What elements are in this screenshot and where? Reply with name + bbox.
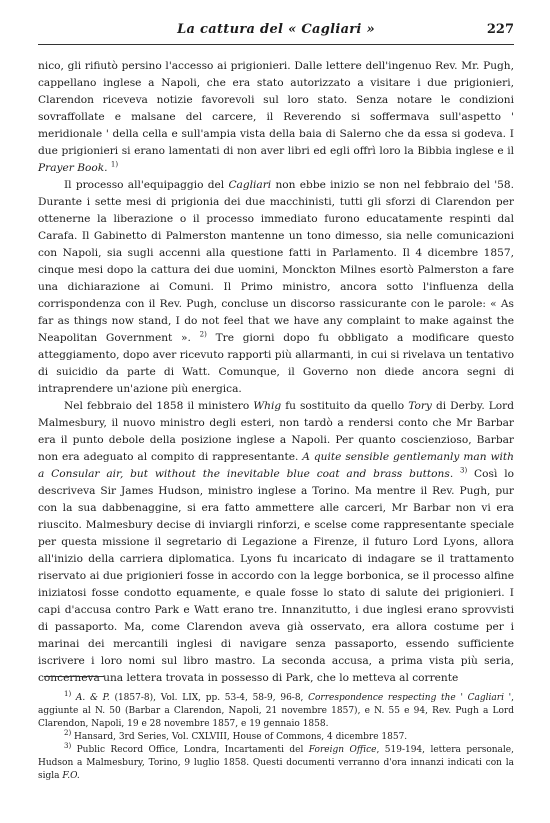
footnote: 2) Hansard, 3rd Series, Vol. CXLVIII, Ho… [38,731,514,744]
italic-text: Cagliari [228,179,271,191]
italic-text: Foreign Office [309,745,377,755]
italic-text: Prayer Book. [38,162,108,174]
text-run: non ebbe inizio se non nel febbraio del … [38,179,514,344]
footnotes: 1) A. & P. (1857-8), Vol. LIX, pp. 53-4,… [38,692,514,783]
paragraph: nico, gli rifiutò persino l'accesso ai p… [38,58,514,177]
footnote-ref: 2) [200,330,207,338]
text-run: Nel febbraio del 1858 il ministero [64,400,253,412]
text-run: Hansard, 3rd Series, Vol. CXLVIII, House… [71,732,407,742]
italic-text: Tory [408,400,432,412]
text-run: Public Record Office, Londra, Incartamen… [71,745,309,755]
italic-text: Correspondence respecting the ' Cagliari… [308,693,511,703]
italic-text: F.O. [62,771,79,781]
footnote: 1) A. & P. (1857-8), Vol. LIX, pp. 53-4,… [38,692,514,731]
footnote: 3) Public Record Office, Londra, Incarta… [38,744,514,783]
text-run: Il processo all'equipaggio del [64,179,228,191]
text-run: (1857-8), Vol. LIX, pp. 53-4, 58-9, 96-8… [110,693,308,703]
text-run: nico, gli rifiutò persino l'accesso ai p… [38,60,514,157]
text-run: fu sostituito da quello [281,400,408,412]
text-run [453,468,460,480]
page-number: 227 [487,22,514,37]
italic-text: Whig [253,400,281,412]
paragraph: Nel febbraio del 1858 il ministero Whig … [38,398,514,687]
text-run: Così lo descriveva Sir James Hudson, min… [38,468,514,684]
running-title: La cattura del « Cagliari » [38,22,514,37]
footnote-separator [44,676,104,677]
main-text: nico, gli rifiutò persino l'accesso ai p… [38,58,514,687]
italic-text: A. & P. [76,693,110,703]
running-header: La cattura del « Cagliari » 227 [38,20,514,45]
footnote-ref: 1) [111,160,118,168]
paragraph: Il processo all'equipaggio del Cagliari … [38,177,514,398]
